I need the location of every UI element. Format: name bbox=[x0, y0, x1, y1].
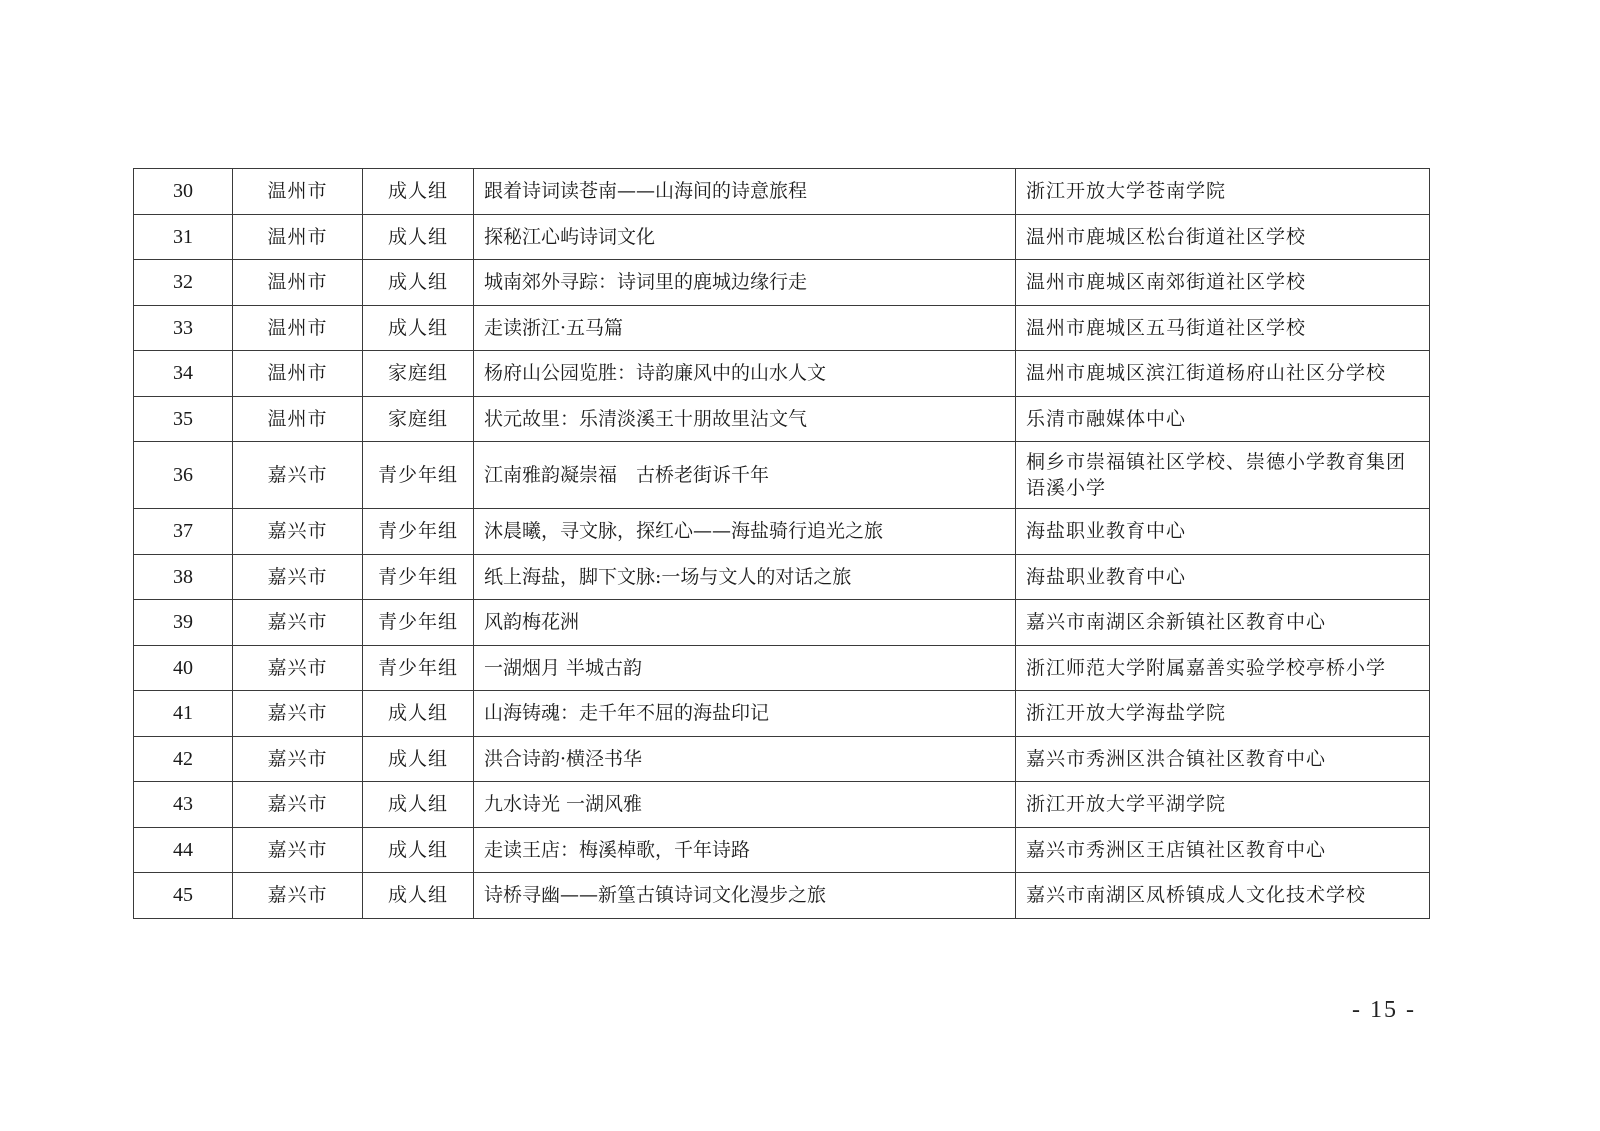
group-cell: 成人组 bbox=[363, 214, 474, 260]
group-cell: 成人组 bbox=[363, 169, 474, 215]
table-row: 41 嘉兴市 成人组 山海铸魂：走千年不屈的海盐印记 浙江开放大学海盐学院 bbox=[134, 691, 1430, 737]
table-row: 36 嘉兴市 青少年组 江南雅韵凝崇福 古桥老街诉千年 桐乡市崇福镇社区学校、崇… bbox=[134, 442, 1430, 509]
group-cell: 成人组 bbox=[363, 736, 474, 782]
group-cell: 成人组 bbox=[363, 691, 474, 737]
route-title-cell: 跟着诗词读苍南——山海间的诗意旅程 bbox=[474, 169, 1016, 215]
table-row: 35 温州市 家庭组 状元故里：乐清淡溪王十朋故里沾文气 乐清市融媒体中心 bbox=[134, 396, 1430, 442]
table-row: 39 嘉兴市 青少年组 风韵梅花洲 嘉兴市南湖区余新镇社区教育中心 bbox=[134, 600, 1430, 646]
table-row: 37 嘉兴市 青少年组 沐晨曦，寻文脉，探红心——海盐骑行追光之旅 海盐职业教育… bbox=[134, 509, 1430, 555]
row-number: 33 bbox=[134, 305, 233, 351]
route-title-cell: 状元故里：乐清淡溪王十朋故里沾文气 bbox=[474, 396, 1016, 442]
row-number: 32 bbox=[134, 260, 233, 306]
city-cell: 温州市 bbox=[233, 214, 363, 260]
organization-cell: 温州市鹿城区南郊街道社区学校 bbox=[1016, 260, 1430, 306]
route-title-cell: 探秘江心屿诗词文化 bbox=[474, 214, 1016, 260]
city-cell: 嘉兴市 bbox=[233, 509, 363, 555]
table-row: 34 温州市 家庭组 杨府山公园览胜：诗韵廉风中的山水人文 温州市鹿城区滨江街道… bbox=[134, 351, 1430, 397]
table-row: 32 温州市 成人组 城南郊外寻踪：诗词里的鹿城边缘行走 温州市鹿城区南郊街道社… bbox=[134, 260, 1430, 306]
row-number: 40 bbox=[134, 645, 233, 691]
row-number: 41 bbox=[134, 691, 233, 737]
city-cell: 嘉兴市 bbox=[233, 782, 363, 828]
table-row: 31 温州市 成人组 探秘江心屿诗词文化 温州市鹿城区松台街道社区学校 bbox=[134, 214, 1430, 260]
group-cell: 家庭组 bbox=[363, 396, 474, 442]
city-cell: 温州市 bbox=[233, 305, 363, 351]
route-title-cell: 洪合诗韵·横泾书华 bbox=[474, 736, 1016, 782]
city-cell: 温州市 bbox=[233, 169, 363, 215]
row-number: 43 bbox=[134, 782, 233, 828]
organization-cell: 浙江开放大学平湖学院 bbox=[1016, 782, 1430, 828]
organization-cell: 浙江师范大学附属嘉善实验学校亭桥小学 bbox=[1016, 645, 1430, 691]
route-title-cell: 纸上海盐，脚下文脉:一场与文人的对话之旅 bbox=[474, 554, 1016, 600]
row-number: 39 bbox=[134, 600, 233, 646]
table-row: 43 嘉兴市 成人组 九水诗光 一湖风雅 浙江开放大学平湖学院 bbox=[134, 782, 1430, 828]
organization-cell: 海盐职业教育中心 bbox=[1016, 509, 1430, 555]
table-row: 45 嘉兴市 成人组 诗桥寻幽——新篁古镇诗词文化漫步之旅 嘉兴市南湖区凤桥镇成… bbox=[134, 873, 1430, 919]
route-title-cell: 一湖烟月 半城古韵 bbox=[474, 645, 1016, 691]
table-row: 42 嘉兴市 成人组 洪合诗韵·横泾书华 嘉兴市秀洲区洪合镇社区教育中心 bbox=[134, 736, 1430, 782]
row-number: 34 bbox=[134, 351, 233, 397]
row-number: 31 bbox=[134, 214, 233, 260]
row-number: 38 bbox=[134, 554, 233, 600]
city-cell: 嘉兴市 bbox=[233, 827, 363, 873]
route-title-cell: 城南郊外寻踪：诗词里的鹿城边缘行走 bbox=[474, 260, 1016, 306]
page-number: - 15 - bbox=[1352, 997, 1416, 1024]
route-title-cell: 诗桥寻幽——新篁古镇诗词文化漫步之旅 bbox=[474, 873, 1016, 919]
row-number: 42 bbox=[134, 736, 233, 782]
organization-cell: 温州市鹿城区松台街道社区学校 bbox=[1016, 214, 1430, 260]
table-row: 30 温州市 成人组 跟着诗词读苍南——山海间的诗意旅程 浙江开放大学苍南学院 bbox=[134, 169, 1430, 215]
organization-cell: 温州市鹿城区五马街道社区学校 bbox=[1016, 305, 1430, 351]
route-title-cell: 九水诗光 一湖风雅 bbox=[474, 782, 1016, 828]
group-cell: 青少年组 bbox=[363, 600, 474, 646]
route-title-cell: 江南雅韵凝崇福 古桥老街诉千年 bbox=[474, 442, 1016, 509]
organization-cell: 嘉兴市秀洲区洪合镇社区教育中心 bbox=[1016, 736, 1430, 782]
route-title-cell: 山海铸魂：走千年不屈的海盐印记 bbox=[474, 691, 1016, 737]
group-cell: 青少年组 bbox=[363, 645, 474, 691]
organization-cell: 嘉兴市南湖区余新镇社区教育中心 bbox=[1016, 600, 1430, 646]
route-title-cell: 走读王店：梅溪棹歌，千年诗路 bbox=[474, 827, 1016, 873]
group-cell: 青少年组 bbox=[363, 554, 474, 600]
route-title-cell: 杨府山公园览胜：诗韵廉风中的山水人文 bbox=[474, 351, 1016, 397]
route-title-cell: 走读浙江·五马篇 bbox=[474, 305, 1016, 351]
group-cell: 成人组 bbox=[363, 827, 474, 873]
group-cell: 青少年组 bbox=[363, 442, 474, 509]
city-cell: 温州市 bbox=[233, 396, 363, 442]
city-cell: 嘉兴市 bbox=[233, 600, 363, 646]
group-cell: 家庭组 bbox=[363, 351, 474, 397]
table-row: 44 嘉兴市 成人组 走读王店：梅溪棹歌，千年诗路 嘉兴市秀洲区王店镇社区教育中… bbox=[134, 827, 1430, 873]
row-number: 36 bbox=[134, 442, 233, 509]
route-list-table: 30 温州市 成人组 跟着诗词读苍南——山海间的诗意旅程 浙江开放大学苍南学院 … bbox=[133, 168, 1430, 919]
city-cell: 嘉兴市 bbox=[233, 645, 363, 691]
group-cell: 青少年组 bbox=[363, 509, 474, 555]
row-number: 45 bbox=[134, 873, 233, 919]
city-cell: 嘉兴市 bbox=[233, 442, 363, 509]
city-cell: 嘉兴市 bbox=[233, 873, 363, 919]
city-cell: 温州市 bbox=[233, 260, 363, 306]
row-number: 30 bbox=[134, 169, 233, 215]
organization-cell: 浙江开放大学苍南学院 bbox=[1016, 169, 1430, 215]
table-row: 38 嘉兴市 青少年组 纸上海盐，脚下文脉:一场与文人的对话之旅 海盐职业教育中… bbox=[134, 554, 1430, 600]
row-number: 35 bbox=[134, 396, 233, 442]
table-row: 40 嘉兴市 青少年组 一湖烟月 半城古韵 浙江师范大学附属嘉善实验学校亭桥小学 bbox=[134, 645, 1430, 691]
organization-cell: 海盐职业教育中心 bbox=[1016, 554, 1430, 600]
group-cell: 成人组 bbox=[363, 260, 474, 306]
organization-cell: 温州市鹿城区滨江街道杨府山社区分学校 bbox=[1016, 351, 1430, 397]
organization-cell: 乐清市融媒体中心 bbox=[1016, 396, 1430, 442]
row-number: 44 bbox=[134, 827, 233, 873]
row-number: 37 bbox=[134, 509, 233, 555]
city-cell: 嘉兴市 bbox=[233, 691, 363, 737]
group-cell: 成人组 bbox=[363, 873, 474, 919]
route-title-cell: 沐晨曦，寻文脉，探红心——海盐骑行追光之旅 bbox=[474, 509, 1016, 555]
table-row: 33 温州市 成人组 走读浙江·五马篇 温州市鹿城区五马街道社区学校 bbox=[134, 305, 1430, 351]
organization-cell: 浙江开放大学海盐学院 bbox=[1016, 691, 1430, 737]
city-cell: 嘉兴市 bbox=[233, 736, 363, 782]
document-page: 30 温州市 成人组 跟着诗词读苍南——山海间的诗意旅程 浙江开放大学苍南学院 … bbox=[0, 0, 1600, 1131]
route-title-cell: 风韵梅花洲 bbox=[474, 600, 1016, 646]
organization-cell: 嘉兴市秀洲区王店镇社区教育中心 bbox=[1016, 827, 1430, 873]
organization-cell: 嘉兴市南湖区凤桥镇成人文化技术学校 bbox=[1016, 873, 1430, 919]
group-cell: 成人组 bbox=[363, 782, 474, 828]
group-cell: 成人组 bbox=[363, 305, 474, 351]
city-cell: 温州市 bbox=[233, 351, 363, 397]
city-cell: 嘉兴市 bbox=[233, 554, 363, 600]
organization-cell: 桐乡市崇福镇社区学校、崇德小学教育集团语溪小学 bbox=[1016, 442, 1430, 509]
